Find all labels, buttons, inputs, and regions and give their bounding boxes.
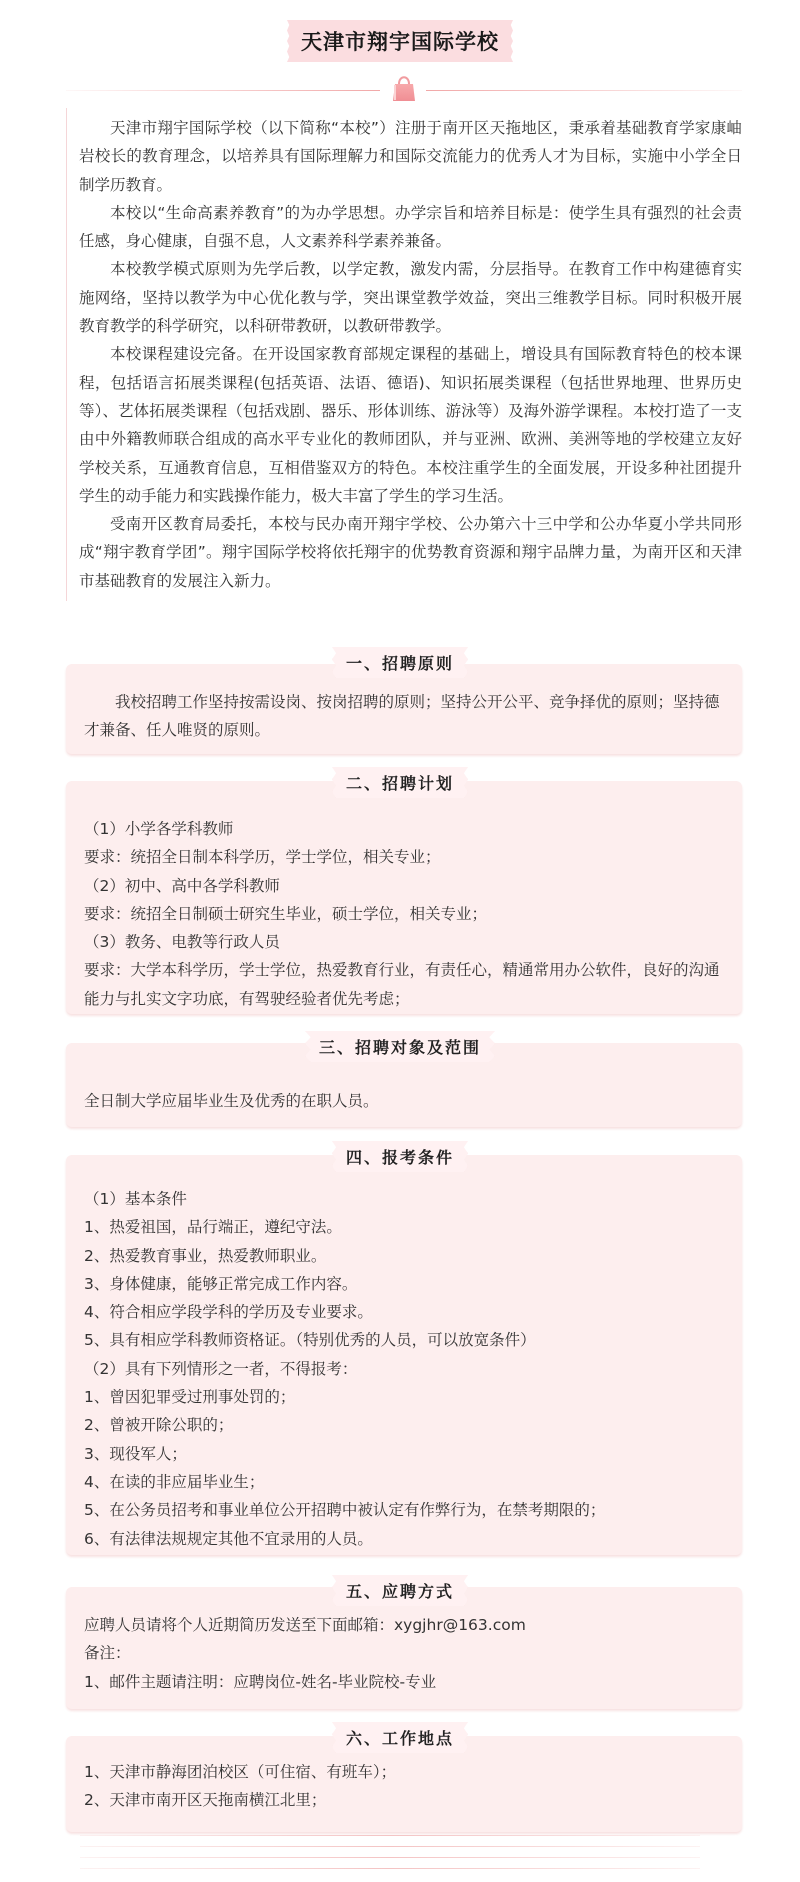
- section-line: 全日制大学应届毕业生及优秀的在职人员。: [84, 1087, 726, 1115]
- section-line: （3）教务、电教等行政人员: [84, 928, 726, 956]
- section-heading: 六、工作地点: [332, 1722, 468, 1753]
- section-line: （2）具有下列情形之一者，不得报考：: [84, 1355, 726, 1383]
- title-divider: [0, 72, 800, 102]
- section-line: 2、热爱教育事业，热爱教师职业。: [84, 1242, 726, 1270]
- divider-line-left: [66, 90, 380, 91]
- section-heading: 四、报考条件: [332, 1141, 468, 1172]
- section-card-plan: （1）小学各学科教师 要求：统招全日制本科学历，学士学位，相关专业； （2）初中…: [66, 781, 742, 1014]
- section-line: （1）小学各学科教师: [84, 815, 726, 843]
- section-line: 要求：统招全日制本科学历，学士学位，相关专业；: [84, 843, 726, 871]
- section-line: 要求：统招全日制硕士研究生毕业，硕士学位，相关专业；: [84, 900, 726, 928]
- section-line: 3、现役军人；: [84, 1440, 726, 1468]
- handbag-icon: [390, 72, 418, 102]
- section-card-conditions: （1）基本条件 1、热爱祖国，品行端正，遵纪守法。 2、热爱教育事业，热爱教师职…: [66, 1155, 742, 1555]
- section-line: （1）基本条件: [84, 1185, 726, 1213]
- section-heading: 一、招聘原则: [332, 647, 468, 678]
- intro-paragraph: 本校课程建设完备。在开设国家教育部规定课程的基础上，增设具有国际教育特色的校本课…: [79, 340, 742, 510]
- intro-paragraph: 天津市翔宇国际学校（以下简称“本校”）注册于南开区天拖地区，秉承着基础教育学家康…: [79, 114, 742, 199]
- divider-line-right: [426, 90, 742, 91]
- intro-paragraph: 本校以“生命高素养教育”的为办学思想。办学宗旨和培养目标是：使学生具有强烈的社会…: [79, 199, 742, 256]
- section-heading-wrap: 五、应聘方式: [0, 1575, 800, 1606]
- section-line: 3、身体健康，能够正常完成工作内容。: [84, 1270, 726, 1298]
- section-line: 2、曾被开除公职的；: [84, 1411, 726, 1439]
- section-heading-wrap: 一、招聘原则: [0, 647, 800, 678]
- section-line: 2、天津市南开区天拖南横江北里；: [84, 1786, 726, 1814]
- section-heading-wrap: 四、报考条件: [0, 1141, 800, 1172]
- section-heading: 五、应聘方式: [332, 1575, 468, 1606]
- section-text: 我校招聘工作坚持按需设岗、按岗招聘的原则；坚持公开公平、竞争择优的原则；坚持德才…: [84, 688, 726, 745]
- section-heading: 二、招聘计划: [332, 767, 468, 798]
- section-line: 要求：大学本科学历，学士学位，热爱教育行业，有责任心，精通常用办公软件，良好的沟…: [84, 956, 726, 1013]
- footer-line: [80, 1857, 700, 1858]
- section-line: 1、邮件主题请注明：应聘岗位-姓名-毕业院校-专业: [84, 1668, 726, 1696]
- title-wrap: 天津市翔宇国际学校: [0, 20, 800, 62]
- section-line: 备注：: [84, 1639, 726, 1667]
- section-line: 4、符合相应学段学科的学历及专业要求。: [84, 1298, 726, 1326]
- section-line: 5、具有相应学科教师资格证。（特别优秀的人员，可以放宽条件）: [84, 1326, 726, 1354]
- section-line: 1、曾因犯罪受过刑事处罚的；: [84, 1383, 726, 1411]
- section-heading-wrap: 六、工作地点: [0, 1722, 800, 1753]
- footer-line: [80, 1846, 700, 1847]
- intro-paragraph: 受南开区教育局委托，本校与民办南开翔宇学校、公办第六十三中学和公办华夏小学共同形…: [79, 510, 742, 595]
- section-line: 5、在公务员招考和事业单位公开招聘中被认定有作弊行为，在禁考期限的；: [84, 1496, 726, 1524]
- footer-line: [80, 1835, 700, 1836]
- section-heading-wrap: 二、招聘计划: [0, 767, 800, 798]
- section-heading: 三、招聘对象及范围: [305, 1031, 495, 1062]
- intro-block: 天津市翔宇国际学校（以下简称“本校”）注册于南开区天拖地区，秉承着基础教育学家康…: [66, 108, 742, 601]
- section-line: 6、有法律法规规定其他不宜录用的人员。: [84, 1525, 726, 1553]
- footer-line: [80, 1868, 700, 1869]
- section-line: 1、热爱祖国，品行端正，遵纪守法。: [84, 1213, 726, 1241]
- section-line: 应聘人员请将个人近期简历发送至下面邮箱：xygjhr@163.com: [84, 1611, 726, 1639]
- section-line: 4、在读的非应届毕业生；: [84, 1468, 726, 1496]
- section-line: （2）初中、高中各学科教师: [84, 872, 726, 900]
- section-line: 1、天津市静海团泊校区（可住宿、有班车）；: [84, 1758, 726, 1786]
- section-heading-wrap: 三、招聘对象及范围: [0, 1031, 800, 1062]
- intro-paragraph: 本校教学模式原则为先学后教，以学定教，激发内需，分层指导。在教育工作中构建德育实…: [79, 255, 742, 340]
- page-title: 天津市翔宇国际学校: [287, 20, 513, 62]
